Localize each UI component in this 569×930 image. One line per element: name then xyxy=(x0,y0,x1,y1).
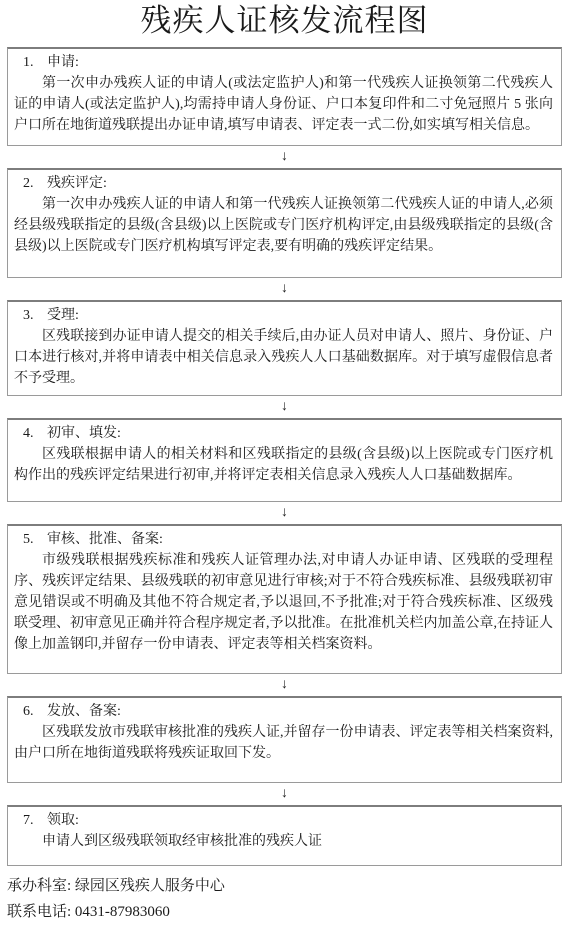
footer-department-label: 承办科室: xyxy=(7,878,71,894)
down-arrow-icon: ↓ xyxy=(7,783,562,805)
flowchart: 1. 申请: 第一次申办残疾人证的申请人(或法定监护人)和第一代残疾人证换领第二… xyxy=(7,47,562,866)
document-page: 残疾人证核发流程图 1. 申请: 第一次申办残疾人证的申请人(或法定监护人)和第… xyxy=(0,0,569,930)
step-body: 第一次申办残疾人证的申请人(或法定监护人)和第一代残疾人证换领第二代残疾人证的申… xyxy=(14,73,553,136)
step-title: 审核、批准、备案: xyxy=(47,529,163,550)
step-number: 3. xyxy=(23,305,47,326)
step-number: 2. xyxy=(23,173,47,194)
flow-step-disability-assessment: 2. 残疾评定: 第一次申办残疾人证的申请人和第一代残疾人证换领第二代残疾人证的… xyxy=(7,168,562,278)
footer-department-value: 绿园区残疾人服务中心 xyxy=(75,878,225,894)
step-number: 5. xyxy=(23,529,47,550)
step-body: 区残联根据申请人的相关材料和区残联指定的县级(含县级)以上医院或专门医疗机构作出… xyxy=(14,444,553,486)
step-header: 2. 残疾评定: xyxy=(14,173,553,194)
down-arrow-icon: ↓ xyxy=(7,396,562,418)
footer: 承办科室: 绿园区残疾人服务中心 联系电话: 0431-87983060 xyxy=(7,873,562,925)
footer-phone: 联系电话: 0431-87983060 xyxy=(7,899,562,925)
step-header: 7. 领取: xyxy=(14,810,553,831)
down-arrow-icon: ↓ xyxy=(7,278,562,300)
step-number: 1. xyxy=(23,52,47,73)
down-arrow-icon: ↓ xyxy=(7,674,562,696)
page-title: 残疾人证核发流程图 xyxy=(7,2,562,40)
step-header: 1. 申请: xyxy=(14,52,553,73)
flow-step-collection: 7. 领取: 申请人到区级残联领取经审核批准的残疾人证 xyxy=(7,805,562,866)
step-body: 申请人到区级残联领取经审核批准的残疾人证 xyxy=(14,831,553,852)
flow-step-issuance-filing: 6. 发放、备案: 区残联发放市残联审核批准的残疾人证,并留存一份申请表、评定表… xyxy=(7,696,562,783)
step-body: 市级残联根据残疾标准和残疾人证管理办法,对申请人办证申请、区残联的受理程序、残疾… xyxy=(14,550,553,655)
down-arrow-icon: ↓ xyxy=(7,146,562,168)
step-header: 3. 受理: xyxy=(14,305,553,326)
footer-phone-label: 联系电话: xyxy=(7,904,71,920)
step-number: 6. xyxy=(23,701,47,722)
step-header: 5. 审核、批准、备案: xyxy=(14,529,553,550)
footer-department: 承办科室: 绿园区残疾人服务中心 xyxy=(7,873,562,899)
flow-step-review-approval-filing: 5. 审核、批准、备案: 市级残联根据残疾标准和残疾人证管理办法,对申请人办证申… xyxy=(7,524,562,674)
step-title: 申请: xyxy=(47,52,79,73)
step-title: 残疾评定: xyxy=(47,173,107,194)
step-body: 第一次申办残疾人证的申请人和第一代残疾人证换领第二代残疾人证的申请人,必须经县级… xyxy=(14,194,553,257)
step-title: 受理: xyxy=(47,305,79,326)
step-title: 发放、备案: xyxy=(47,701,121,722)
step-number: 4. xyxy=(23,423,47,444)
step-number: 7. xyxy=(23,810,47,831)
step-header: 4. 初审、填发: xyxy=(14,423,553,444)
down-arrow-icon: ↓ xyxy=(7,502,562,524)
step-title: 初审、填发: xyxy=(47,423,121,444)
footer-phone-value: 0431-87983060 xyxy=(75,904,170,920)
step-header: 6. 发放、备案: xyxy=(14,701,553,722)
flow-step-application: 1. 申请: 第一次申办残疾人证的申请人(或法定监护人)和第一代残疾人证换领第二… xyxy=(7,47,562,146)
step-title: 领取: xyxy=(47,810,79,831)
step-body: 区残联接到办证申请人提交的相关手续后,由办证人员对申请人、照片、身份证、户口本进… xyxy=(14,326,553,389)
flow-step-acceptance: 3. 受理: 区残联接到办证申请人提交的相关手续后,由办证人员对申请人、照片、身… xyxy=(7,300,562,396)
flow-step-initial-review: 4. 初审、填发: 区残联根据申请人的相关材料和区残联指定的县级(含县级)以上医… xyxy=(7,418,562,502)
step-body: 区残联发放市残联审核批准的残疾人证,并留存一份申请表、评定表等相关档案资料,由户… xyxy=(14,722,553,764)
